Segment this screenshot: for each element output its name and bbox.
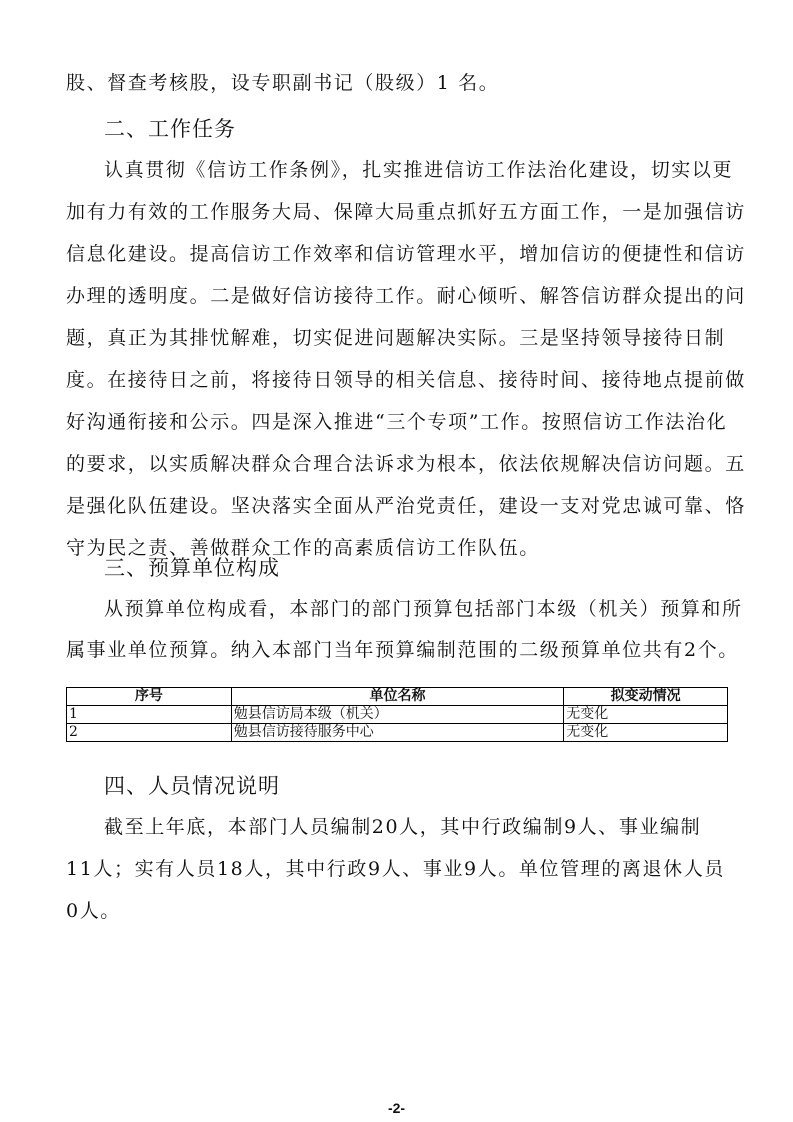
column-header-unit-name: 单位名称 (231, 688, 563, 706)
paragraph-line: 信息化建设。提高信访工作效率和信访管理水平，增加信访的便捷性和信访 (66, 242, 728, 266)
intro-line: 股、督查考核股，设专职副书记（股级）1 名。 (66, 71, 728, 95)
paragraph-line: 的要求，以实质解决群众合理合法诉求为根本，依法依规解决信访问题。五 (66, 452, 728, 476)
document-page: 股、督查考核股，设专职副书记（股级）1 名。 二、工作任务 认真贯彻《信访工作条… (0, 0, 793, 1122)
paragraph-line: 从预算单位构成看，本部门的部门预算包括部门本级（机关）预算和所 (104, 597, 728, 621)
paragraph-line: 属事业单位预算。纳入本部门当年预算编制范围的二级预算单位共有2个。 (66, 638, 728, 662)
paragraph-line: 办理的透明度。二是做好信访接待工作。耐心倾听、解答信访群众提出的问 (66, 284, 728, 308)
cell-index: 2 (67, 724, 232, 742)
paragraph-line: 度。在接待日之前，将接待日领导的相关信息、接待时间、接待地点提前做 (66, 368, 728, 392)
table-header-row: 序号 单位名称 拟变动情况 (67, 688, 728, 706)
table-row: 1 勉县信访局本级（机关） 无变化 (67, 706, 728, 724)
section-heading-staffing: 四、人员情况说明 (104, 773, 280, 799)
page-number: -2- (0, 1100, 793, 1116)
paragraph-line: 题，真正为其排忧解难，切实促进问题解决实际。三是坚持领导接待日制 (66, 326, 728, 350)
paragraph-line: 加有力有效的工作服务大局、保障大局重点抓好五方面工作，一是加强信访 (66, 200, 728, 224)
budget-units-table: 序号 单位名称 拟变动情况 1 勉县信访局本级（机关） 无变化 2 勉县信访接待… (66, 687, 728, 742)
column-header-index: 序号 (67, 688, 232, 706)
table-row: 2 勉县信访接待服务中心 无变化 (67, 724, 728, 742)
paragraph-line: 好沟通衔接和公示。四是深入推进“三个专项”工作。按照信访工作法治化 (66, 410, 728, 434)
paragraph-line: 截至上年底，本部门人员编制20人，其中行政编制9人、事业编制 (104, 815, 728, 839)
section-heading-work-tasks: 二、工作任务 (104, 116, 236, 142)
cell-unit-name: 勉县信访局本级（机关） (231, 706, 563, 724)
paragraph-line: 11人；实有人员18人，其中行政9人、事业9人。单位管理的离退休人员 (66, 857, 728, 881)
paragraph-line: 是强化队伍建设。坚决落实全面从严治党责任，建设一支对党忠诚可靠、恪 (66, 494, 728, 518)
cell-change-status: 无变化 (564, 724, 728, 742)
paragraph-line: 认真贯彻《信访工作条例》，扎实推进信访工作法治化建设，切实以更 (104, 158, 728, 182)
cell-index: 1 (67, 706, 232, 724)
column-header-change-status: 拟变动情况 (564, 688, 728, 706)
paragraph-line: 0人。 (66, 899, 728, 923)
cell-unit-name: 勉县信访接待服务中心 (231, 724, 563, 742)
section-heading-budget-units: 三、预算单位构成 (104, 555, 280, 581)
cell-change-status: 无变化 (564, 706, 728, 724)
